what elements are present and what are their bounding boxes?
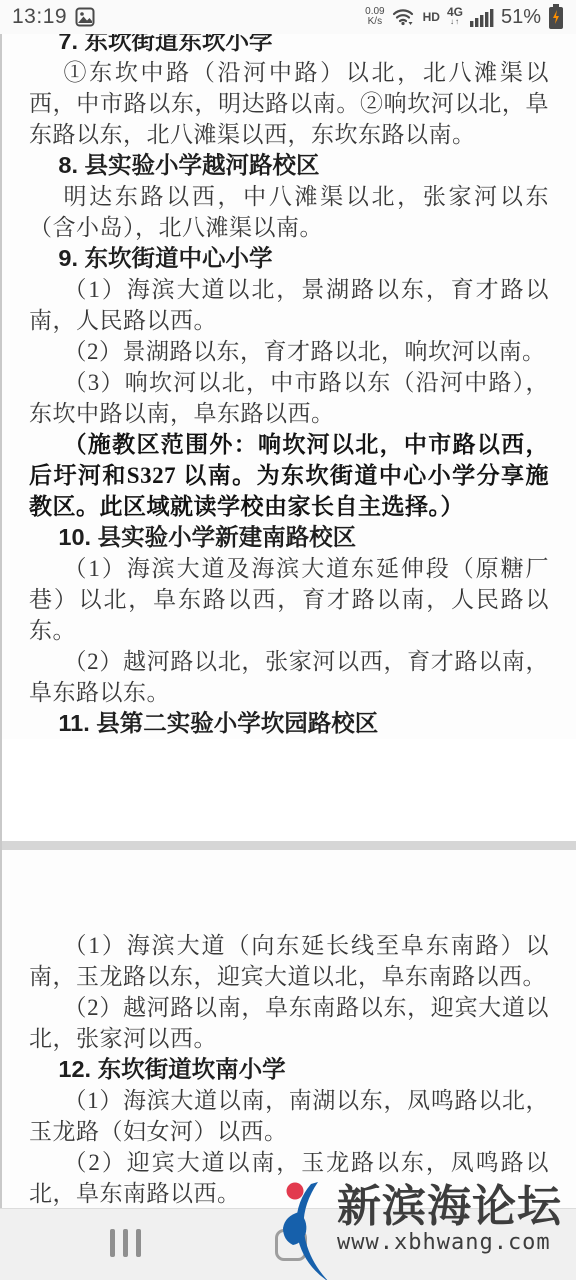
page-bottom-margin bbox=[2, 739, 576, 841]
android-nav-bar bbox=[0, 1208, 576, 1280]
doc-paragraph: （施教区范围外：响坎河以北，中市路以西，后圩河和S327 以南。为东坎街道中心小… bbox=[29, 429, 549, 522]
doc-paragraph: （2）越河路以南，阜东南路以东，迎宾大道以北，张家河以西。 bbox=[29, 992, 549, 1054]
doc-paragraph: （1）海滨大道以北，景湖路以东，育才路以南，人民路以西。 bbox=[29, 274, 549, 336]
document-viewer[interactable]: 7. 东坎街道东坎小学①东坎中路（沿河中路）以北，北八滩渠以西，中市路以东，明达… bbox=[0, 0, 576, 1280]
battery-percentage: 51% bbox=[501, 6, 541, 29]
mobile-network-indicator: 4G ↓↑ bbox=[447, 7, 463, 27]
doc-paragraph: ①东坎中路（沿河中路）以北，北八滩渠以西，中市路以东，明达路以南。②响坎河以北，… bbox=[29, 57, 549, 150]
doc-paragraph: 明达东路以西，中八滩渠以北，张家河以东（含小岛），北八滩渠以南。 bbox=[29, 181, 549, 243]
doc-paragraph: （1）海滨大道以南，南湖以东，凤鸣路以北，玉龙路（妇女河）以西。 bbox=[29, 1085, 549, 1147]
home-button[interactable] bbox=[275, 1229, 307, 1261]
doc-heading: 9. 东坎街道中心小学 bbox=[29, 243, 549, 274]
doc-heading: 12. 东坎街道坎南小学 bbox=[29, 1054, 549, 1085]
gallery-icon bbox=[75, 7, 95, 27]
doc-heading: 10. 县实验小学新建南路校区 bbox=[29, 522, 549, 553]
wifi-icon bbox=[392, 7, 416, 27]
network-speed: 0.09 K/s bbox=[365, 7, 384, 27]
recents-button[interactable] bbox=[110, 1229, 141, 1257]
signal-strength-icon bbox=[470, 6, 494, 28]
doc-paragraph: （1）海滨大道（向东延长线至阜东南路）以南，玉龙路以东，迎宾大道以北，阜东南路以… bbox=[29, 930, 549, 992]
doc-paragraph: （2）景湖路以东，育才路以北，响坎河以南。 bbox=[29, 336, 549, 367]
status-bar: 13:19 0.09 K/s bbox=[0, 0, 576, 34]
phone-screen: 13:19 0.09 K/s bbox=[0, 0, 576, 1280]
doc-paragraph: （3）响坎河以北，中市路以东（沿河中路），东坎中路以南，阜东路以西。 bbox=[29, 367, 549, 429]
doc-heading: 8. 县实验小学越河路校区 bbox=[29, 150, 549, 181]
doc-heading: 11. 县第二实验小学坎园路校区 bbox=[29, 708, 549, 739]
document-page-2: （1）海滨大道（向东延长线至阜东南路）以南，玉龙路以东，迎宾大道以北，阜东南路以… bbox=[2, 850, 576, 1240]
clock: 13:19 bbox=[12, 5, 67, 29]
page-separator bbox=[2, 841, 576, 850]
doc-paragraph: （2）迎宾大道以南，玉龙路以东，凤鸣路以北，阜东南路以西。 bbox=[29, 1147, 549, 1209]
battery-charging-icon bbox=[548, 4, 564, 30]
doc-paragraph: （1）海滨大道及海滨大道东延伸段（原糖厂巷）以北，阜东路以西，育才路以南，人民路… bbox=[29, 553, 549, 646]
doc-paragraph: （2）越河路以北，张家河以西，育才路以南，阜东路以东。 bbox=[29, 646, 549, 708]
hd-voice-indicator: HD bbox=[423, 10, 440, 24]
document-page-1: 7. 东坎街道东坎小学①东坎中路（沿河中路）以北，北八滩渠以西，中市路以东，明达… bbox=[2, 0, 576, 739]
